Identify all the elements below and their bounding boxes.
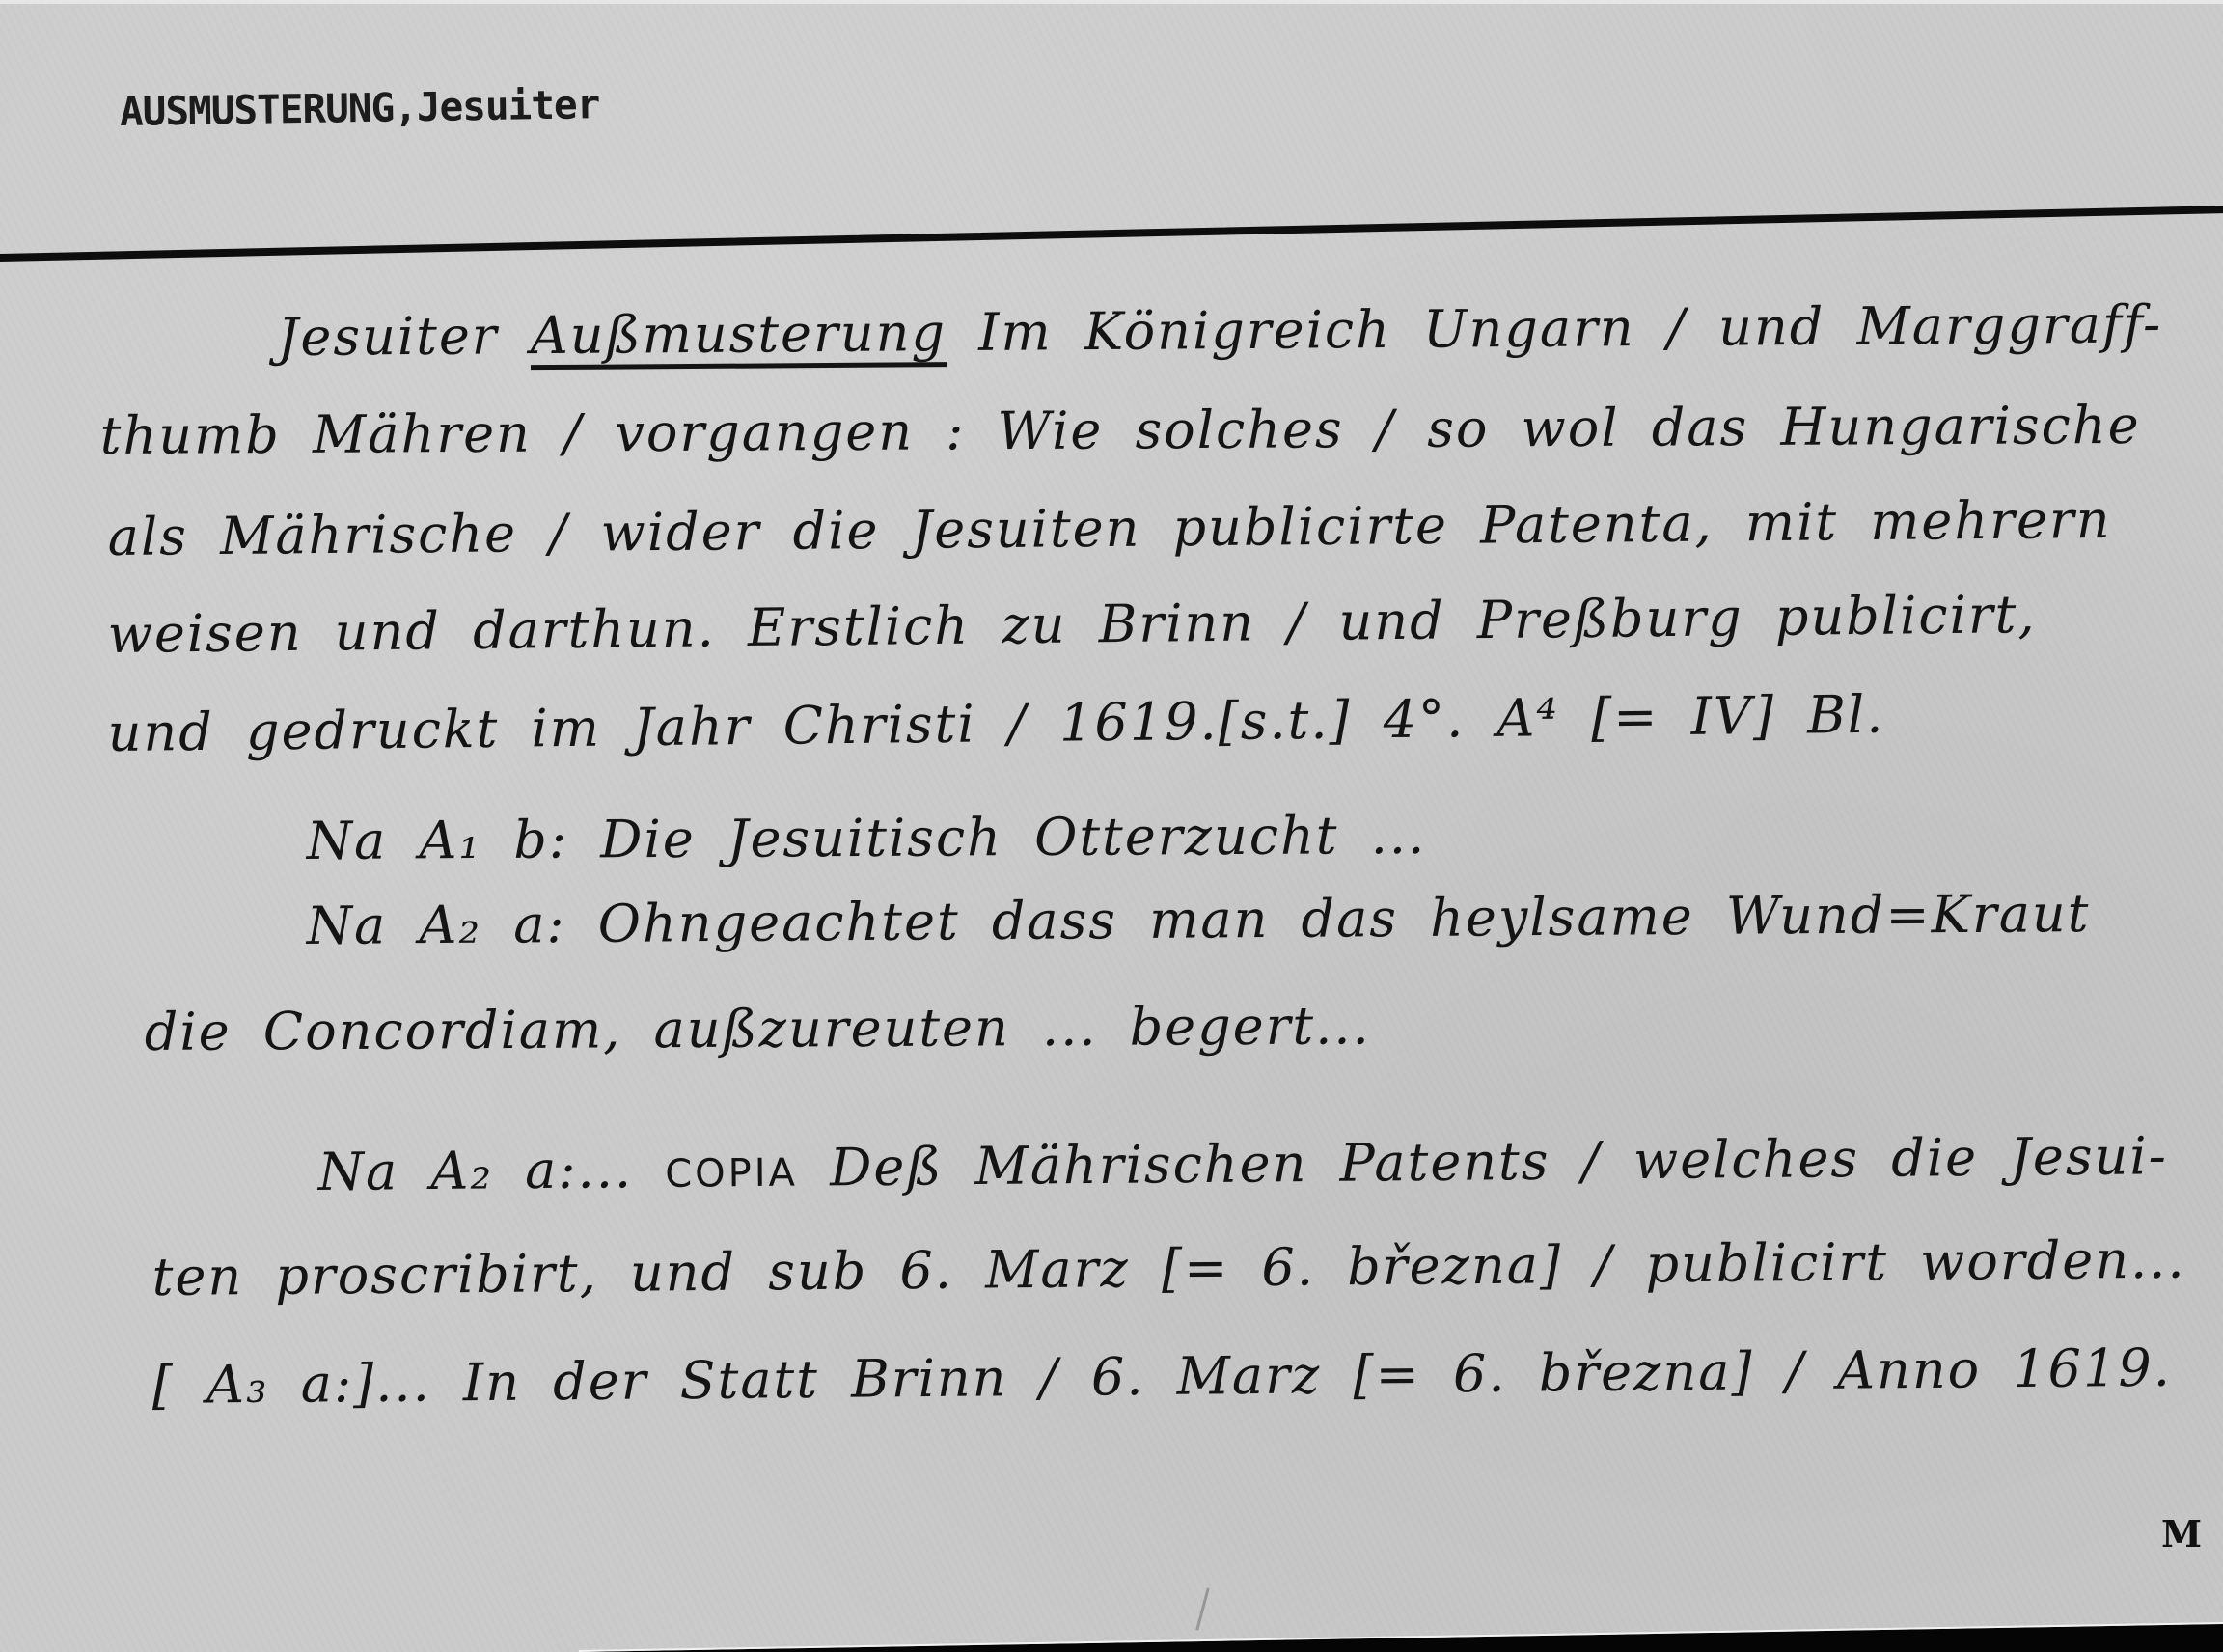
handwritten-line: und gedruckt im Jahr Christi / 1619.[s.t… <box>107 684 1884 763</box>
corner-letter-mark: M <box>2161 1512 2202 1556</box>
line-segment: Jesuiter <box>278 305 531 368</box>
handwritten-line: Jesuiter Außmusterung Im Königreich Unga… <box>278 293 2163 368</box>
handwritten-line: die Concordiam, außzureuten ... begert..… <box>145 995 1371 1062</box>
handwritten-line: ten proscribirt, und sub 6. Marz [= 6. b… <box>151 1229 2185 1308</box>
handwritten-line: Na A₂ a:... COPIA Deß Mährischen Patents… <box>317 1125 2168 1202</box>
handwritten-line: weisen und darthun. Erstlich zu Brinn / … <box>107 584 2036 665</box>
underlined-title-word: Außmusterung <box>531 302 947 366</box>
handwritten-line: [ A₃ a:]... In der Statt Brinn / 6. Marz… <box>151 1337 2172 1416</box>
line-segment: Deß Mährischen Patents / welches die Jes… <box>798 1125 2168 1198</box>
line-segment: Im Königreich Ungarn / und Marggraff- <box>947 293 2163 363</box>
handwritten-line: thumb Mähren / vorgangen : Wie solches /… <box>100 395 2141 466</box>
handwritten-transcription: Jesuiter Außmusterung Im Königreich Unga… <box>0 0 2223 1652</box>
copia-label: COPIA <box>665 1151 798 1197</box>
catalog-card: AUSMUSTERUNG,Jesuiter Jesuiter Außmuster… <box>0 0 2223 1652</box>
handwritten-line: Na A₁ b: Die Jesuitisch Otterzucht ... <box>307 805 1427 871</box>
handwritten-line: Na A₂ a: Ohngeachtet dass man das heylsa… <box>307 883 2091 956</box>
line-segment: Na A₂ a:... <box>317 1139 665 1202</box>
handwritten-line: als Mährische / wider die Jesuiten publi… <box>107 489 2111 567</box>
